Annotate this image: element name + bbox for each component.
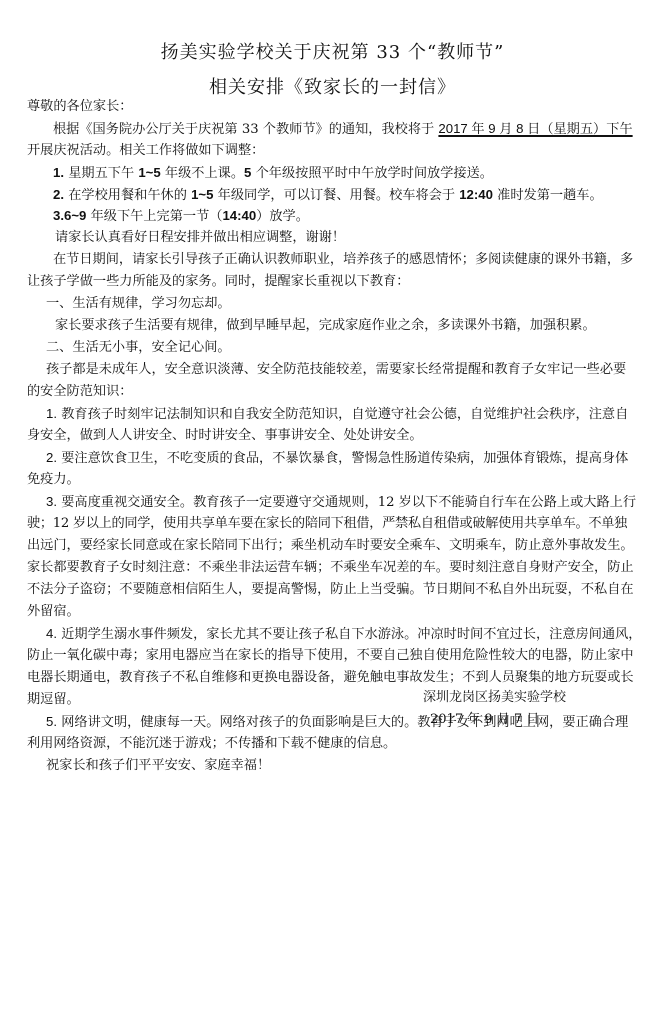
letter-footer: 深圳龙岗区扬美实验学校 2017 年 9 月 7 日 xyxy=(0,0,665,1024)
signature-date: 2017 年 9 月 7 日 xyxy=(430,710,539,730)
signature-org: 深圳龙岗区扬美实验学校 xyxy=(423,688,566,708)
